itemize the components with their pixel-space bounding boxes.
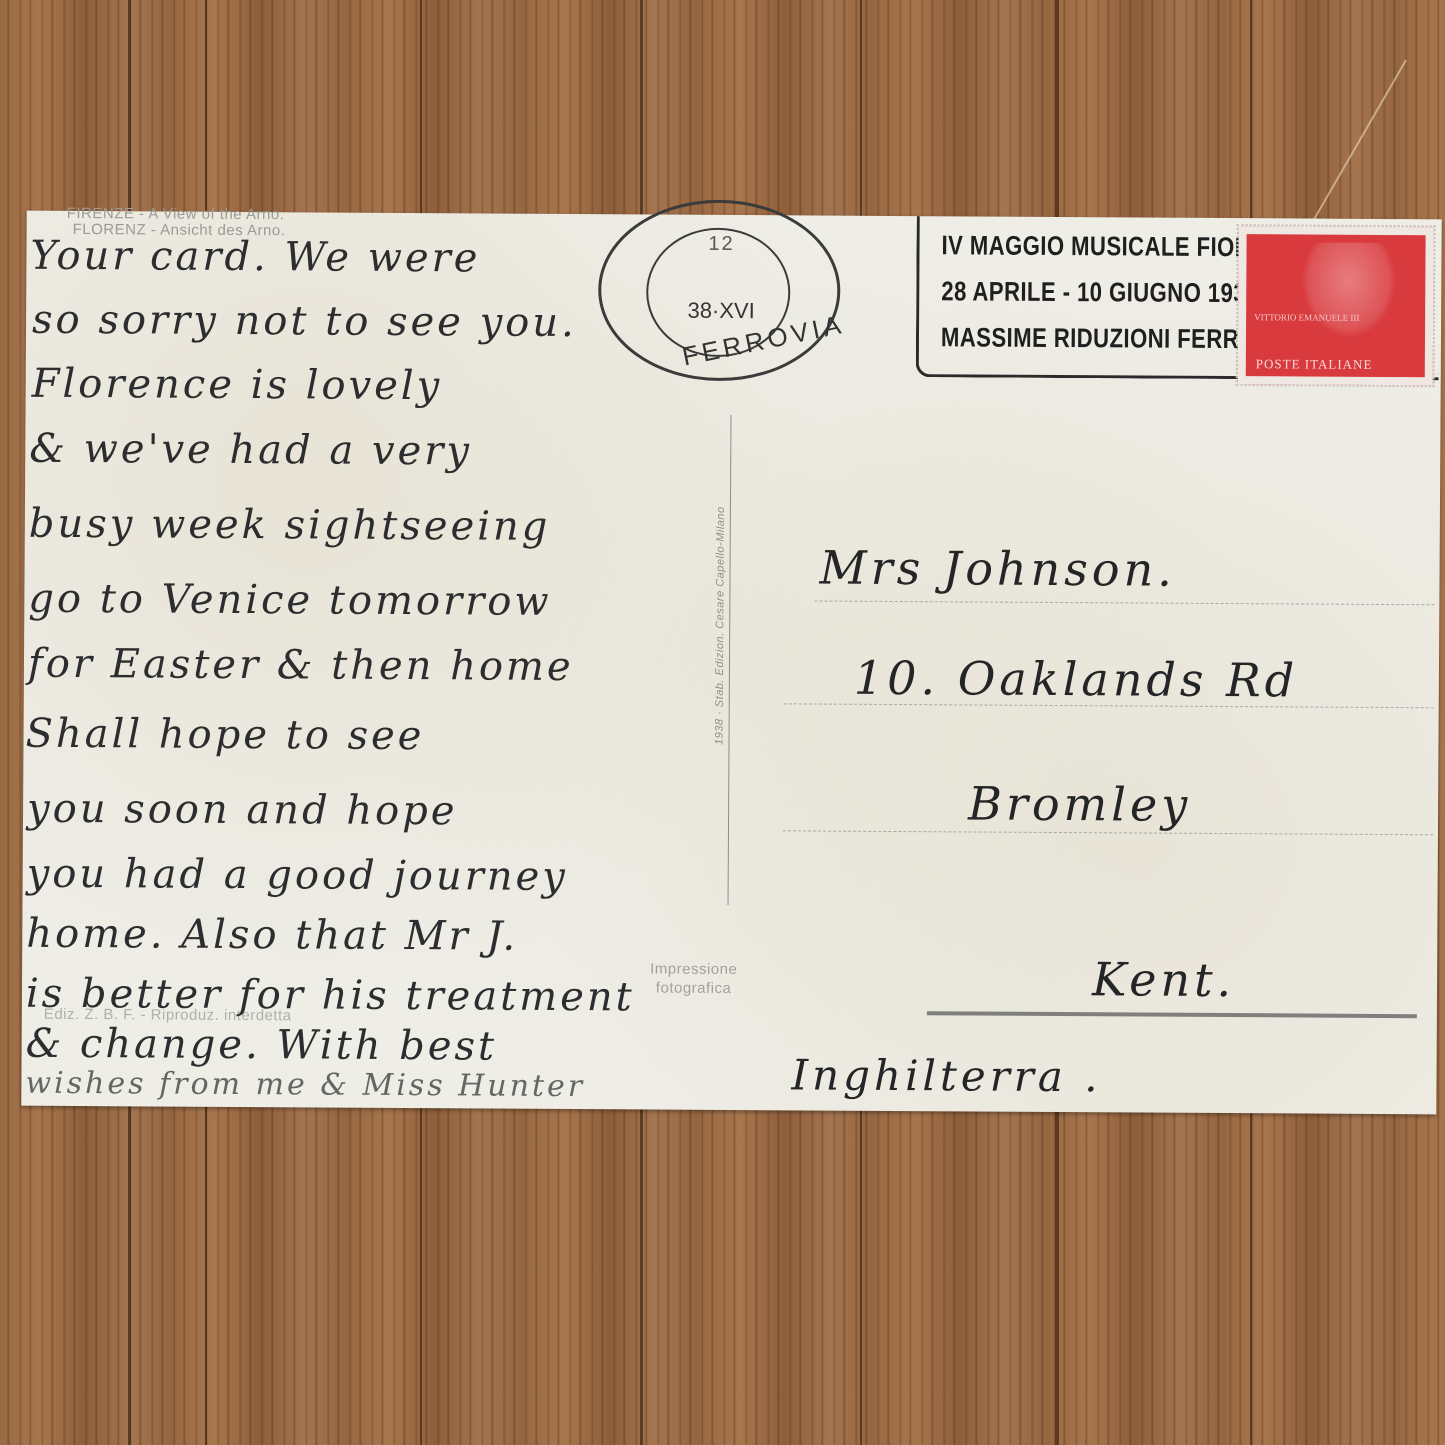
- address-county: Kent.: [1092, 952, 1235, 1007]
- message-line: go to Venice tomorrow: [28, 576, 552, 625]
- address-country: Inghilterra .: [791, 1050, 1101, 1101]
- message-line: Florence is lovely: [32, 361, 443, 410]
- address-town: Bromley: [968, 776, 1191, 831]
- message-line: for Easter & then home: [28, 641, 574, 690]
- printed-impressione-block: Impressione fotografica: [650, 960, 737, 999]
- message-line: & change. With best: [26, 1021, 498, 1070]
- message-line: Your card. We were: [30, 233, 480, 282]
- message-line: busy week sightseeing: [29, 501, 551, 550]
- stamp-portrait-icon: [1301, 242, 1397, 338]
- message-line: & we've had a very: [29, 426, 472, 475]
- message-line: Shall hope to see: [25, 711, 424, 759]
- message-line: wishes from me & Miss Hunter: [25, 1066, 585, 1104]
- message-line: home. Also that Mr J.: [26, 911, 518, 960]
- message-line: is better for his treatment: [26, 971, 635, 1021]
- postmark-date-year: 38·XVI: [651, 298, 791, 325]
- address-street: 10. Oaklands Rd: [854, 651, 1299, 708]
- postage-stamp: VITTORIO EMANUELE III POSTE ITALIANE: [1238, 226, 1434, 385]
- printed-impressione-line1: Impressione: [650, 960, 737, 980]
- address-rule-bold: [927, 1011, 1417, 1018]
- circular-postmark: 12 38·XVI FERROVIA: [598, 199, 841, 381]
- message-line: so sorry not to see you.: [32, 297, 577, 346]
- address-name: Mrs Johnson.: [819, 541, 1176, 597]
- message-line: you soon and hope: [27, 786, 458, 835]
- printed-impressione-line2: fotografica: [650, 979, 737, 999]
- postmark-date-day: 12: [651, 233, 791, 257]
- center-divider-line: [728, 415, 732, 905]
- stamp-country-text: POSTE ITALIANE: [1256, 356, 1373, 373]
- printed-publisher-vertical: 1938 · Stab. Edizion. Cesare Capello-Mil…: [713, 506, 726, 745]
- message-line: you had a good journey: [27, 851, 568, 900]
- postcard: FIRENZE - A View of the Arno. FLORENZ - …: [21, 211, 1441, 1115]
- stamp-name-text: VITTORIO EMANUELE III: [1254, 312, 1359, 323]
- address-rule: [814, 601, 1434, 606]
